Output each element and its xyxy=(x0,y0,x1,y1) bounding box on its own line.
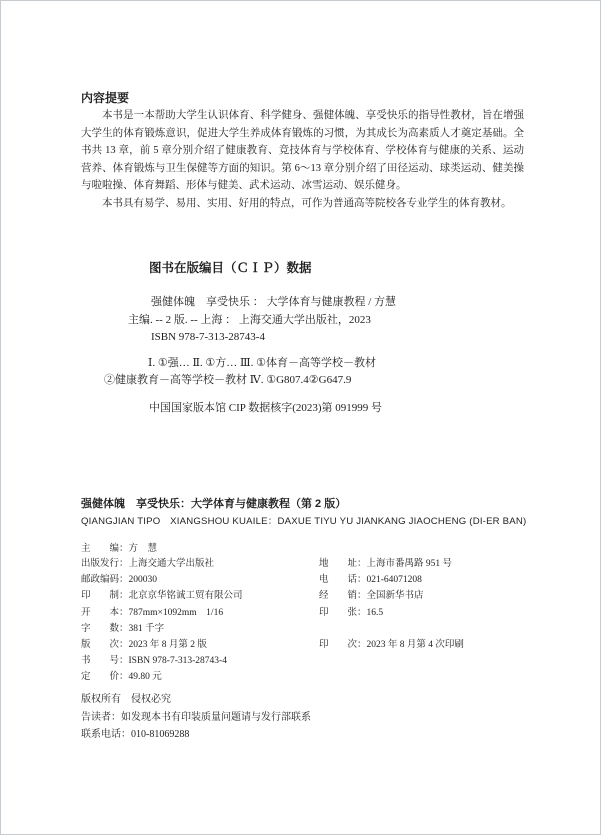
reader-note: 告读者：如发现本书有印装质量问题请与发行部联系 xyxy=(81,709,521,727)
colophon-left-column: 出版发行：上海交通大学出版社 邮政编码：200030 印 制：北京京华铭诚工贸有… xyxy=(81,556,316,686)
colophon-head-section: 强健体魄 享受快乐：大学体育与健康教程（第 2 版） QIANGJIAN TIP… xyxy=(81,496,551,557)
content-summary-paragraph-1: 本书是一本帮助大学生认识体育、科学健身、强健体魄、享受快乐的指导性教材，旨在增强… xyxy=(81,107,524,195)
address-row: 地 址：上海市番禺路 951 号 xyxy=(319,556,549,572)
cip-record-number-line: 中国国家版本馆 CIP 数据核字(2023)第 091999 号 xyxy=(149,400,524,418)
price-value: 49.80 元 xyxy=(129,672,162,682)
publisher-label: 出版发行： xyxy=(81,559,129,569)
format-value: 787mm×1092mm 1/16 xyxy=(129,608,224,618)
publisher-row: 出版发行：上海交通大学出版社 xyxy=(81,556,316,572)
phone-row: 电 话：021-64071208 xyxy=(319,572,549,588)
format-row: 开 本：787mm×1092mm 1/16 xyxy=(81,605,316,621)
cip-title-line: 强健体魄 享受快乐 ： 大学体育与健康教程 / 方慧 xyxy=(151,294,524,312)
cip-heading: 图书在版编目（ＣＩＰ）数据 xyxy=(149,259,524,277)
edition-row: 版 次：2023 年 8 月第 2 版 xyxy=(81,637,316,653)
isbn-row: 书 号：ISBN 978-7-313-28743-4 xyxy=(81,653,316,669)
isbn-value: ISBN 978-7-313-28743-4 xyxy=(129,656,227,666)
phone-label: 电 话： xyxy=(319,575,367,585)
impression-value: 2023 年 8 月第 4 次印刷 xyxy=(367,640,464,650)
distributor-value: 全国新华书店 xyxy=(367,591,424,601)
word-count-value: 381 千字 xyxy=(129,624,165,634)
printer-label: 印 制： xyxy=(81,591,129,601)
sheets-label: 印 张： xyxy=(319,608,367,618)
postcode-label: 邮政编码： xyxy=(81,575,129,585)
content-summary-section: 内容提要 本书是一本帮助大学生认识体育、科学健身、强健体魄、享受快乐的指导性教材… xyxy=(81,89,524,212)
contact-phone: 联系电话：010-81069288 xyxy=(81,726,521,744)
content-summary-paragraph-2: 本书具有易学、易用、实用、好用的特点，可作为普通高等院校各专业学生的体育教材。 xyxy=(81,195,524,213)
book-copyright-page: 内容提要 本书是一本帮助大学生认识体育、科学健身、强健体魄、享受快乐的指导性教材… xyxy=(0,0,601,835)
impression-row: 印 次：2023 年 8 月第 4 次印刷 xyxy=(319,637,549,653)
phone-value: 021-64071208 xyxy=(367,575,422,585)
cip-isbn-line: ISBN 978-7-313-28743-4 xyxy=(151,329,524,347)
format-label: 开 本： xyxy=(81,608,129,618)
colophon-right-column: 地 址：上海市番禺路 951 号 电 话：021-64071208 经 销：全国… xyxy=(319,556,549,653)
isbn-label: 书 号： xyxy=(81,656,129,666)
printer-value: 北京京华铭诚工贸有限公司 xyxy=(129,591,243,601)
cip-classification-line-2: ②健康教育－高等学校－教材 Ⅳ. ①G807.4②G647.9 xyxy=(104,372,524,390)
book-title: 强健体魄 享受快乐：大学体育与健康教程（第 2 版） xyxy=(81,496,551,513)
copyright-notice: 版权所有 侵权必究 xyxy=(81,691,521,709)
postcode-row: 邮政编码：200030 xyxy=(81,572,316,588)
address-label: 地 址： xyxy=(319,559,367,569)
word-count-row: 字 数：381 千字 xyxy=(81,621,316,637)
editor-row: 主 编：方 慧 xyxy=(81,541,551,557)
book-title-pinyin: QIANGJIAN TIPO XIANGSHOU KUAILE：DAXUE TI… xyxy=(81,513,551,530)
sheets-row: 印 张：16.5 xyxy=(319,605,549,621)
content-summary-heading: 内容提要 xyxy=(81,89,524,107)
cip-data-section: 图书在版编目（ＣＩＰ）数据 强健体魄 享受快乐 ： 大学体育与健康教程 / 方慧… xyxy=(104,259,524,417)
edition-label: 版 次： xyxy=(81,640,129,650)
printer-row: 印 制：北京京华铭诚工贸有限公司 xyxy=(81,588,316,604)
column-spacer xyxy=(319,621,549,637)
word-count-label: 字 数： xyxy=(81,624,129,634)
edition-value: 2023 年 8 月第 2 版 xyxy=(129,640,207,650)
cip-editor-line: 主编. -- 2 版. -- 上海 ： 上海交通大学出版社，2023 xyxy=(128,312,524,330)
editor-value: 方 慧 xyxy=(129,544,158,554)
distributor-row: 经 销：全国新华书店 xyxy=(319,588,549,604)
distributor-label: 经 销： xyxy=(319,591,367,601)
postcode-value: 200030 xyxy=(129,575,158,585)
impression-label: 印 次： xyxy=(319,640,367,650)
sheets-value: 16.5 xyxy=(367,608,384,618)
address-value: 上海市番禺路 951 号 xyxy=(367,559,453,569)
price-label: 定 价： xyxy=(81,672,129,682)
copyright-footer-section: 版权所有 侵权必究 告读者：如发现本书有印装质量问题请与发行部联系 联系电话：0… xyxy=(81,691,521,744)
editor-label: 主 编： xyxy=(81,544,129,554)
price-row: 定 价：49.80 元 xyxy=(81,669,316,685)
cip-classification-line-1: Ⅰ. ①强… Ⅱ. ①方… Ⅲ. ①体育－高等学校－教材 xyxy=(148,355,524,373)
publisher-value: 上海交通大学出版社 xyxy=(129,559,215,569)
